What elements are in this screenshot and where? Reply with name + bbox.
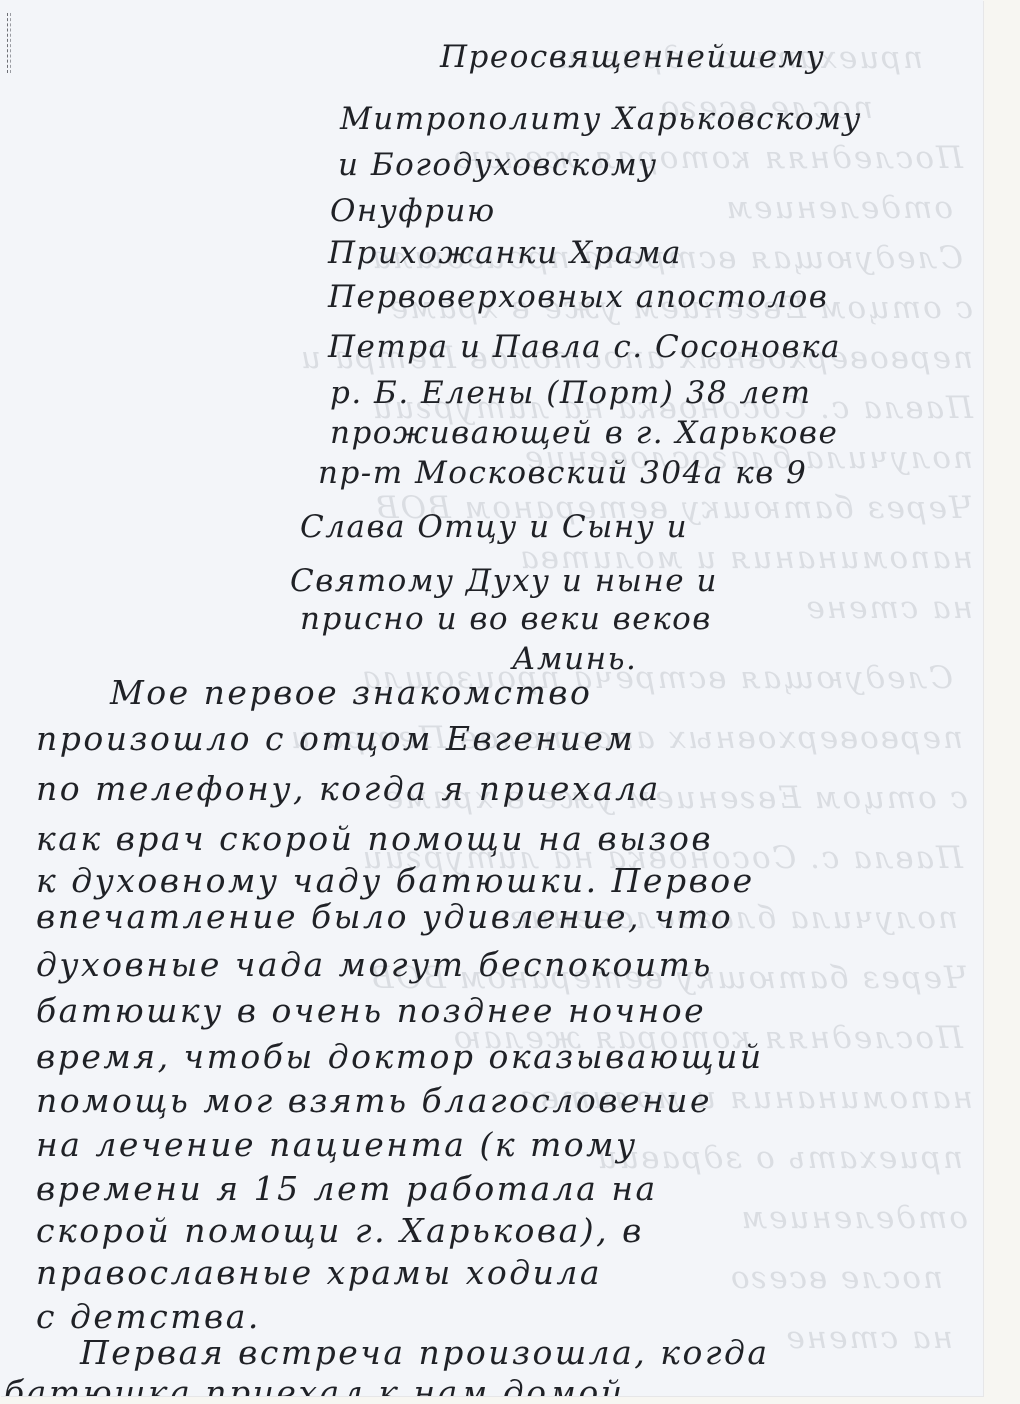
- body-line: времени я 15 лет работала на: [36, 1172, 658, 1205]
- body-line: православные храмы ходила: [36, 1256, 602, 1289]
- bleed-line: на стене: [784, 1320, 953, 1356]
- body-line: впечатление было удивление, что: [36, 900, 733, 933]
- body-line: к духовному чаду батюшки. Первое: [36, 864, 755, 897]
- scanned-page: приехать о здравии после всего Последняя…: [0, 0, 1020, 1404]
- doxology-line: Святому Духу и ныне и: [290, 566, 718, 597]
- sender-line: Прихожанки Храма: [328, 238, 682, 269]
- bleed-line: отделением: [724, 190, 953, 226]
- body-line: по телефону, когда я приехала: [36, 772, 661, 805]
- doxology-amen: Аминь.: [512, 644, 637, 675]
- sender-name: р. Б. Елены (Порт) 38 лет: [330, 378, 812, 409]
- body-line: время, чтобы доктор оказывающий: [36, 1040, 764, 1073]
- body-line: на лечение пациента (к тому: [36, 1128, 638, 1161]
- bleed-line: на стене: [804, 590, 973, 626]
- sender-line: Первоверховных апостолов: [328, 282, 828, 313]
- letter-sheet: приехать о здравии после всего Последняя…: [0, 0, 983, 1396]
- body-line: батюшку в очень позднее ночное: [36, 994, 706, 1027]
- body-line: скорой помощи г. Харькова), в: [36, 1214, 644, 1247]
- sender-address: проживающей в г. Харькове: [330, 418, 838, 449]
- body-line: помощь мог взять благословение: [36, 1084, 712, 1117]
- addressee-line: и Богодуховскому: [338, 150, 658, 181]
- addressee-title: Преосвященнейшему: [440, 42, 825, 73]
- sender-address: пр-т Московский 304а кв 9: [318, 458, 807, 489]
- addressee-name: Онуфрию: [330, 196, 496, 227]
- bleed-line: после всего: [729, 1260, 943, 1296]
- body-line: как врач скорой помощи на вызов: [36, 822, 713, 855]
- binder-hole-mark: [7, 13, 11, 73]
- doxology-line: Слава Отцу и Сыну и: [300, 512, 688, 543]
- body-line: произошло с отцом Евгением: [36, 722, 635, 755]
- body-line: Мое первое знакомство: [110, 676, 592, 709]
- sender-line: Петра и Павла с. Сосоновка: [328, 332, 841, 363]
- doxology-line: присно и во веки веков: [300, 604, 712, 635]
- bleed-line: отделением: [739, 1200, 968, 1236]
- body-line: с детства.: [36, 1300, 261, 1333]
- body-line: Первая встреча произошла, когда: [80, 1336, 770, 1369]
- body-line: духовные чада могут беспокоить: [36, 948, 713, 981]
- body-line: батюшка приехал к нам домой: [4, 1376, 624, 1396]
- addressee-line: Митрополиту Харьковскому: [340, 104, 862, 135]
